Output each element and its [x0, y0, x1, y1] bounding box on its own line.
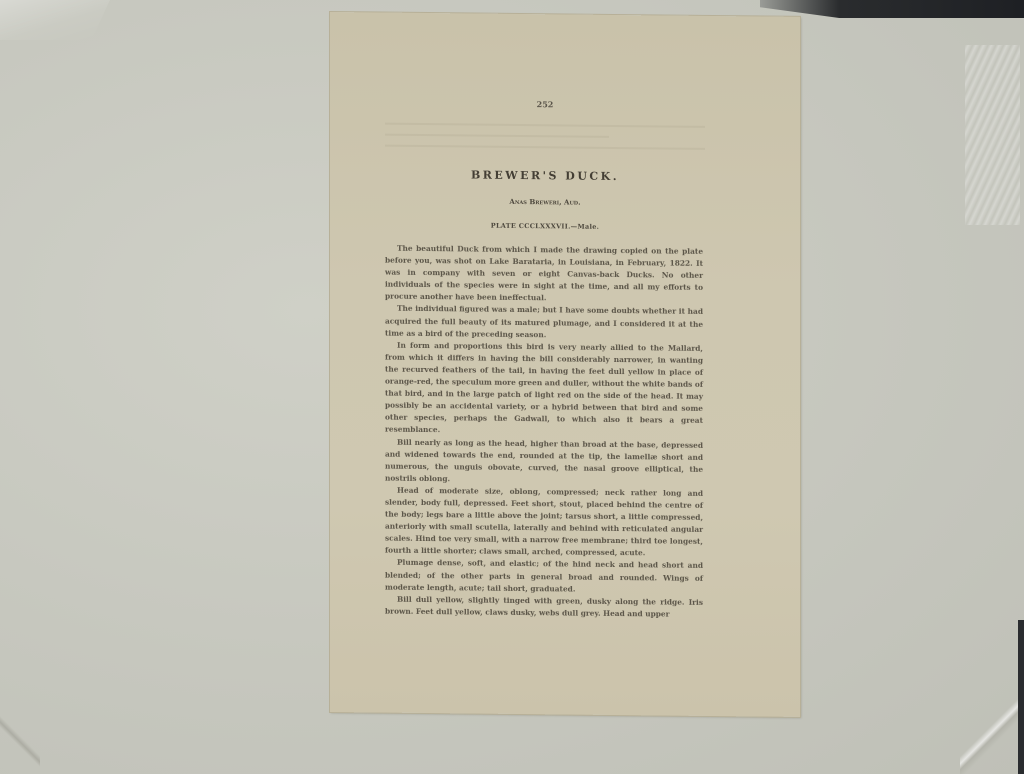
plastic-sleeve-glare [0, 0, 110, 40]
paragraph: The beautiful Duck from which I made the… [385, 243, 703, 307]
page-number: 252 [385, 98, 705, 111]
paragraph: Plumage dense, soft, and elastic; of the… [385, 557, 703, 597]
paragraph: The individual figured was a male; but I… [385, 303, 703, 343]
plate-reference: PLATE CCCLXXXVII.—Male. [385, 221, 705, 232]
paragraph: Bill nearly as long as the head, higher … [385, 436, 703, 488]
document-page: 252 BREWER'S DUCK. Anas Breweri, Aud. PL… [330, 12, 800, 717]
paragraph: Head of moderate size, oblong, compresse… [385, 484, 703, 560]
body-text: The beautiful Duck from which I made the… [385, 243, 703, 621]
paragraph: Bill dull yellow, slightly tinged with g… [385, 593, 703, 621]
plastic-sleeve-crease [0, 710, 40, 774]
species-name: Anas Breweri, Aud. [385, 196, 705, 208]
paragraph: In form and proportions this bird is ver… [385, 339, 703, 439]
page-title: BREWER'S DUCK. [385, 168, 705, 184]
plastic-sleeve-glare [965, 45, 1020, 225]
plastic-sleeve-crease [960, 690, 1024, 774]
show-through-text [385, 123, 705, 159]
background-dark-edge [1018, 620, 1024, 774]
